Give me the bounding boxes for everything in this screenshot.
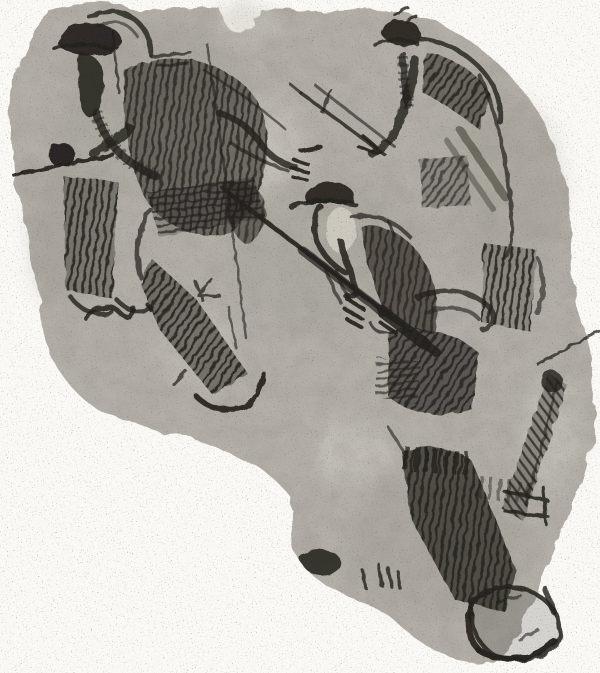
screenshot-root: Monochrome ink-and-wash sketch: three Wo…: [0, 0, 600, 673]
sketch-image: Monochrome ink-and-wash sketch: three Wo…: [0, 0, 600, 673]
halftone-grain-overlay: [0, 0, 600, 673]
